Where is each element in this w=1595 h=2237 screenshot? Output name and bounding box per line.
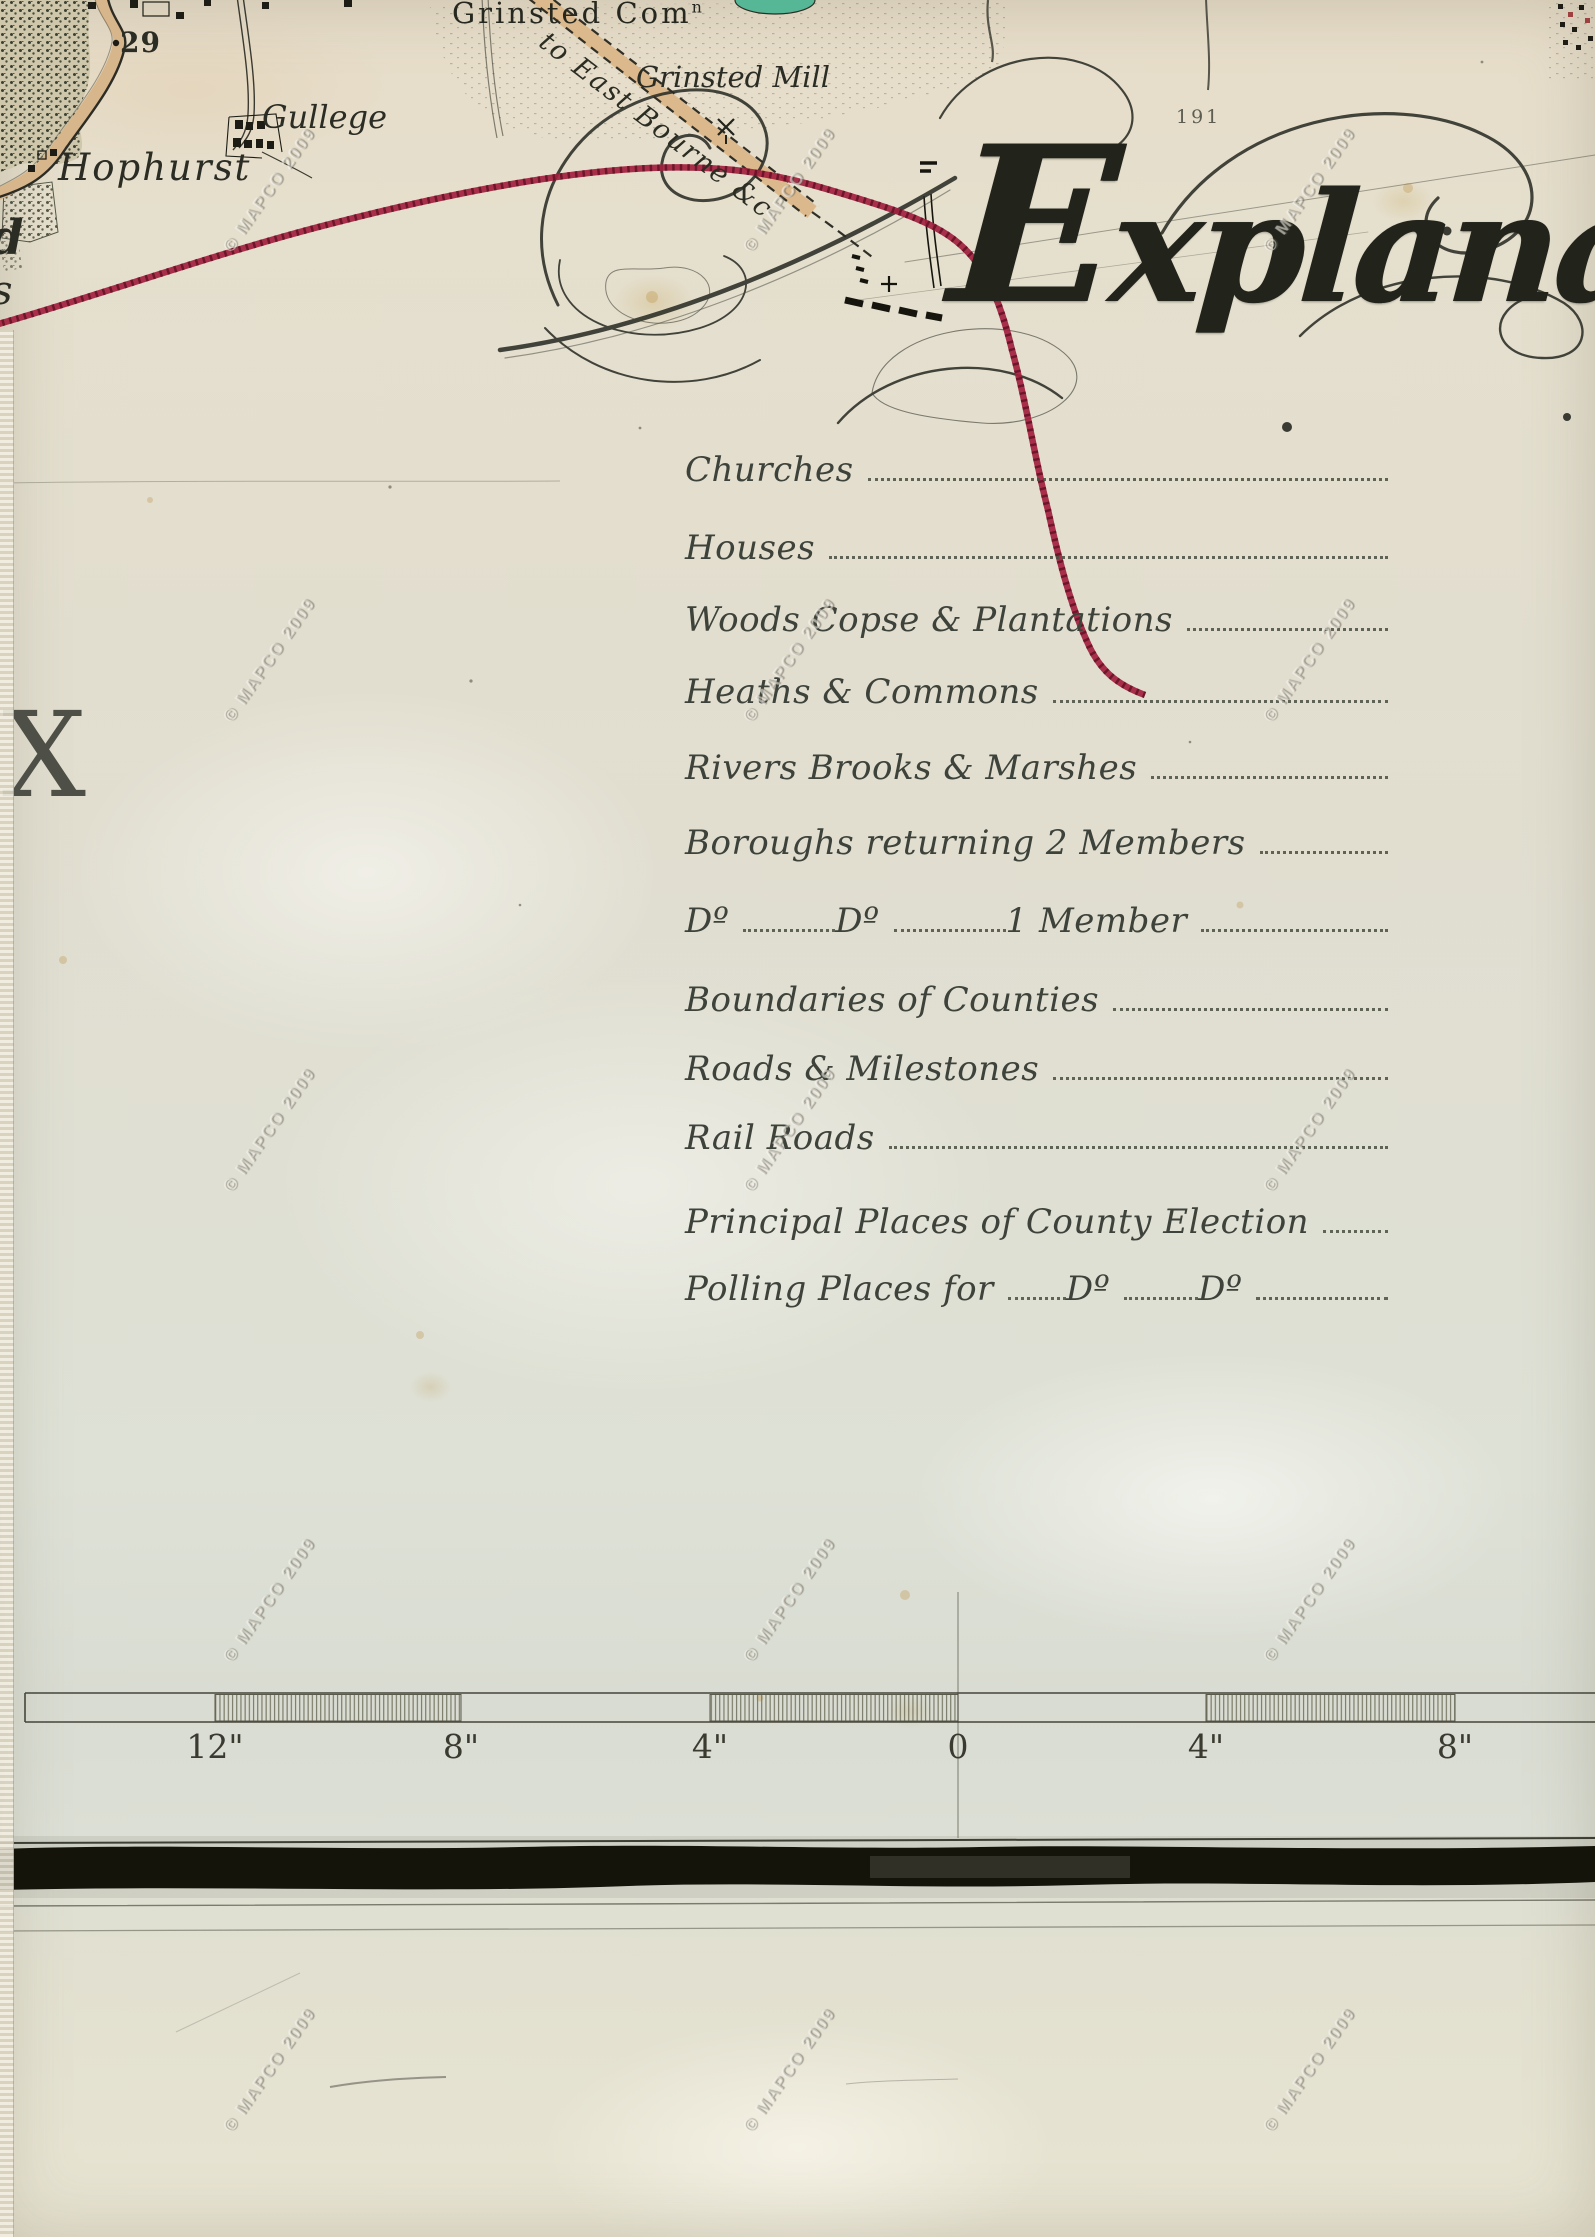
legend-row: Woods Copse & Plantations — [685, 592, 1388, 640]
church-cross-icon — [881, 276, 897, 292]
legend-item-label: 1 Member — [1006, 901, 1188, 941]
scale-tick-label: 4" — [692, 1727, 728, 1766]
scale-tick-label: 0 — [948, 1727, 969, 1766]
legend-item-label: Principal Places of County Election — [685, 1202, 1309, 1242]
legend-item-label: Rail Roads — [685, 1118, 875, 1158]
sheet-number: X — [2, 686, 86, 824]
legend-row: Heaths & Commons — [685, 664, 1388, 712]
place-label-hophurst: Hophurst — [58, 146, 251, 189]
cloth-backing-edge — [0, 330, 14, 2237]
legend-leader-dots — [1323, 1220, 1388, 1233]
legend-leader-dots — [1008, 1287, 1066, 1300]
legend-leader-dots — [743, 919, 835, 932]
legend-leader-dots — [1124, 1287, 1198, 1300]
legend-leader-dots — [1151, 766, 1388, 779]
scale-tick-label: 8" — [1437, 1727, 1473, 1766]
legend-leader-dots — [1053, 690, 1388, 703]
legend-item-label: Roads & Milestones — [685, 1049, 1039, 1089]
legend-leader-dots — [1187, 618, 1388, 631]
legend-row: Churches — [685, 442, 1388, 490]
scale-bar — [25, 1592, 1595, 1838]
legend-item-label: Houses — [685, 528, 815, 568]
legend-leader-dots — [1113, 998, 1388, 1011]
legend-item-label: Boundaries of Counties — [685, 980, 1099, 1020]
legend-row: DºDº1 Member — [685, 893, 1388, 941]
legend-item-label: Dº — [1198, 1269, 1242, 1309]
edge-fragment-s: s — [0, 268, 13, 314]
legend-leader-dots — [829, 546, 1388, 559]
place-label-grinsted-common: Grinsted Comn — [452, 0, 705, 30]
legend-row: Boroughs returning 2 Members — [685, 815, 1388, 863]
legend-item-label: Churches — [685, 450, 854, 490]
legend-row: Rail Roads — [685, 1110, 1388, 1158]
milestone-number: 29 — [120, 26, 161, 59]
place-label-gullege: Gullege — [262, 98, 387, 136]
legend-row: Roads & Milestones — [685, 1041, 1388, 1089]
legend-row: Houses — [685, 520, 1388, 568]
scale-tick-label: 4" — [1188, 1727, 1224, 1766]
map-sheet: Grinsted Comn to East Bourne &c Grinsted… — [0, 0, 1595, 2237]
edge-fragment-d: d — [0, 210, 24, 266]
place-label-grinsted-mill: Grinsted Mill — [636, 60, 830, 94]
bottom-ink-band — [0, 1836, 1595, 1906]
legend-leader-dots — [894, 919, 1006, 932]
legend-leader-dots — [868, 468, 1388, 481]
legend-item-label: Boroughs returning 2 Members — [685, 823, 1246, 863]
legend-leader-dots — [1053, 1067, 1388, 1080]
legend-item-label: Dº — [1066, 1269, 1110, 1309]
scale-tick-label: 8" — [443, 1727, 479, 1766]
legend-row: Boundaries of Counties — [685, 972, 1388, 1020]
legend-row: Principal Places of County Election — [685, 1194, 1388, 1242]
legend-leader-dots — [1260, 841, 1388, 854]
legend-leader-dots — [889, 1136, 1388, 1149]
legend-item-label: Dº — [685, 901, 729, 941]
legend-item-label: Rivers Brooks & Marshes — [685, 748, 1137, 788]
legend-item-label: Woods Copse & Plantations — [685, 600, 1173, 640]
legend-row: Polling Places forDºDº — [685, 1261, 1388, 1309]
legend-item-label: Dº — [835, 901, 879, 941]
legend-row: Rivers Brooks & Marshes — [685, 740, 1388, 788]
legend-title: Explanation — [944, 118, 1595, 334]
scale-bar-hatched-segments — [215, 1695, 1455, 1722]
scale-tick-label: 12" — [186, 1727, 243, 1766]
legend-leader-dots — [1201, 919, 1388, 932]
legend-item-label: Polling Places for — [685, 1269, 994, 1309]
legend-leader-dots — [1256, 1287, 1388, 1300]
legend-item-label: Heaths & Commons — [685, 672, 1039, 712]
